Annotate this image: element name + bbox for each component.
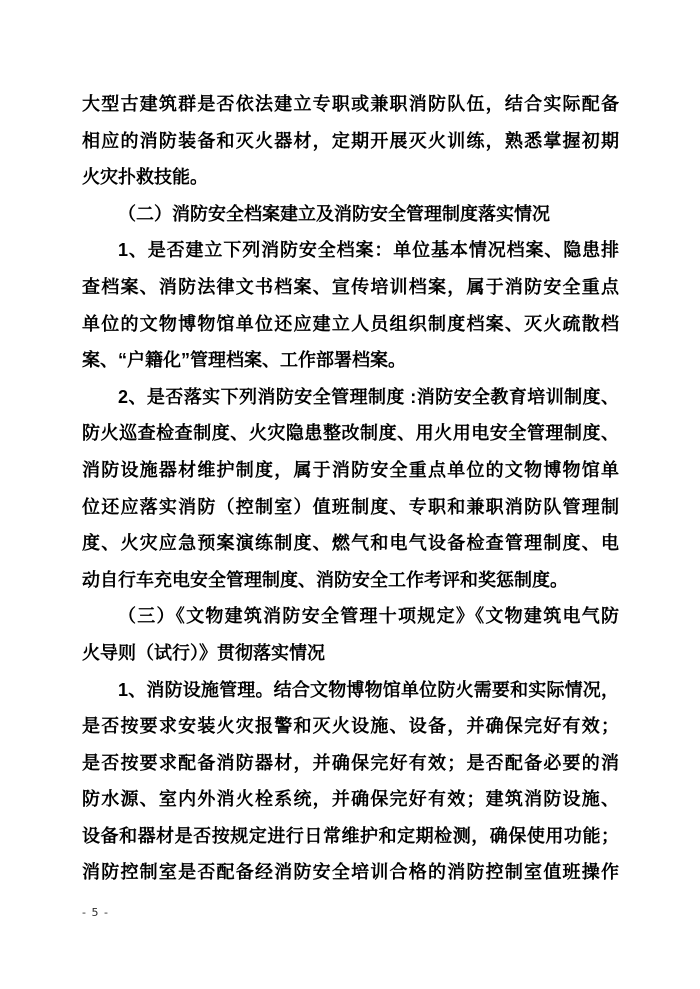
page-number: - 5 - bbox=[82, 906, 109, 919]
document-body: 大型古建筑群是否依法建立专职或兼职消防队伍，结合实际配备 相应的消防装备和灭火器… bbox=[82, 86, 619, 891]
item-1-line: 1、消防设施管理。结合文物博物馆单位防火需要和实际情况， bbox=[82, 672, 619, 709]
text-line: 火灾扑救技能。 bbox=[82, 159, 619, 196]
text-line: 防火巡查检查制度、火灾隐患整改制度、用火用电安全管理制度、 bbox=[82, 415, 619, 452]
text-line: 大型古建筑群是否依法建立专职或兼职消防队伍，结合实际配备 bbox=[82, 86, 619, 123]
text-line: 查档案、消防法律文书档案、宣传培训档案，属于消防安全重点 bbox=[82, 269, 619, 306]
text-line: 防水源、室内外消火栓系统，并确保完好有效；建筑消防设施、 bbox=[82, 781, 619, 818]
text-line: 度、火灾应急预案演练制度、燃气和电气设备检查管理制度、电 bbox=[82, 525, 619, 562]
text-line: 案、“户籍化”管理档案、工作部署档案。 bbox=[82, 342, 619, 379]
item-1-line: 1、是否建立下列消防安全档案：单位基本情况档案、隐患排 bbox=[82, 232, 619, 269]
text-line: 单位的文物博物馆单位还应建立人员组织制度档案、灭火疏散档 bbox=[82, 306, 619, 343]
text-line: 是否按要求安装火灾报警和灭火设施、设备，并确保完好有效； bbox=[82, 708, 619, 745]
text-line: 相应的消防装备和灭火器材，定期开展灭火训练，熟悉掌握初期 bbox=[82, 123, 619, 160]
text-line: 消防控制室是否配备经消防安全培训合格的消防控制室值班操作 bbox=[82, 854, 619, 891]
text-line: 消防设施器材维护制度，属于消防安全重点单位的文物博物馆单 bbox=[82, 452, 619, 489]
text-line: 设备和器材是否按规定进行日常维护和定期检测，确保使用功能； bbox=[82, 818, 619, 855]
text-line: 动自行车充电安全管理制度、消防安全工作考评和奖惩制度。 bbox=[82, 562, 619, 599]
section-3-heading-cont: 火导则（试行）》贯彻落实情况 bbox=[82, 635, 619, 672]
document-page: 大型古建筑群是否依法建立专职或兼职消防队伍，结合实际配备 相应的消防装备和灭火器… bbox=[0, 0, 700, 989]
section-3-heading: （三）《文物建筑消防安全管理十项规定》《文物建筑电气防 bbox=[82, 598, 619, 635]
section-2-heading: （二）消防安全档案建立及消防安全管理制度落实情况 bbox=[82, 196, 619, 233]
text-line: 是否按要求配备消防器材，并确保完好有效；是否配备必要的消 bbox=[82, 745, 619, 782]
item-2-line: 2、是否落实下列消防安全管理制度 :消防安全教育培训制度、 bbox=[82, 379, 619, 416]
text-line: 位还应落实消防（控制室）值班制度、专职和兼职消防队管理制 bbox=[82, 489, 619, 526]
